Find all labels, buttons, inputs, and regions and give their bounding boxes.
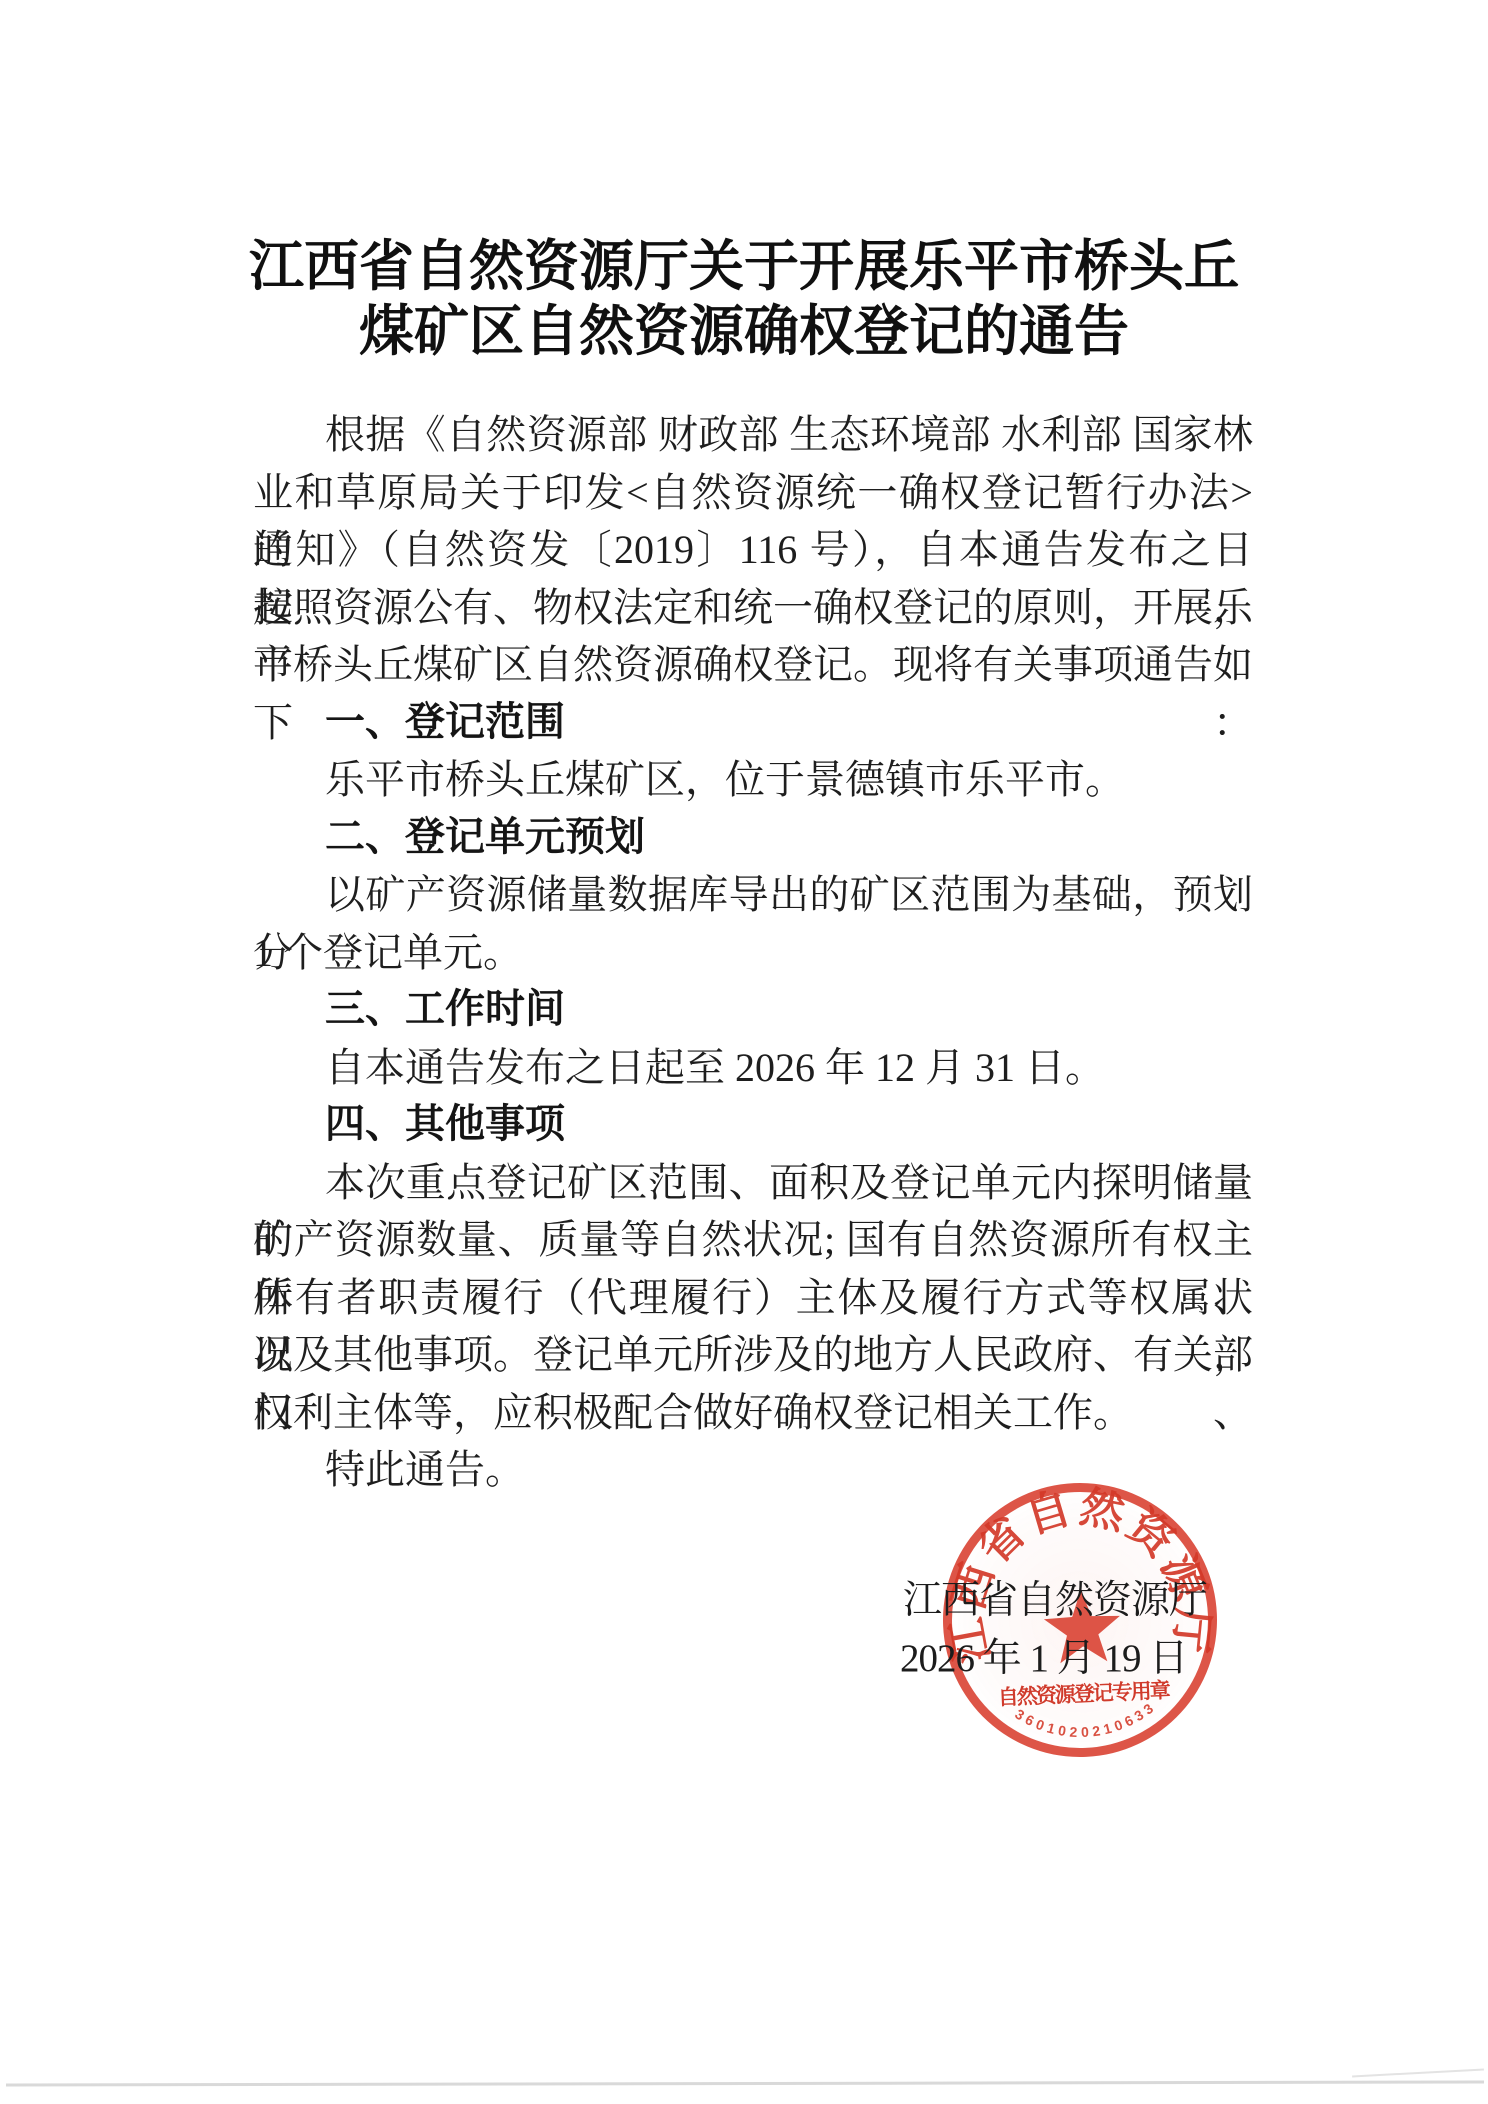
body-line: 业和草原局关于印发<自然资源统一确权登记暂行办法>的 bbox=[253, 464, 1253, 522]
scanned-document-page: 江西省自然资源厅关于开展乐平市桥头丘 煤矿区自然资源确权登记的通告 根据《自然资… bbox=[0, 0, 1488, 2104]
scan-artifact-line bbox=[1352, 2069, 1484, 2078]
body-line: 根据《自然资源部 财政部 生态环境部 水利部 国家林 bbox=[253, 406, 1253, 464]
document-body: 根据《自然资源部 财政部 生态环境部 水利部 国家林 业和草原局关于印发<自然资… bbox=[253, 406, 1253, 1499]
document-title-line-1: 江西省自然资源厅关于开展乐平市桥头丘 bbox=[244, 234, 1244, 299]
document-title-line-2: 煤矿区自然资源确权登记的通告 bbox=[244, 299, 1244, 364]
body-line: 按照资源公有、物权法定和统一确权登记的原则，开展乐平 bbox=[253, 579, 1253, 637]
body-line: 权利主体等，应积极配合做好确权登记相关工作。 bbox=[253, 1384, 1253, 1442]
body-line: 本次重点登记矿区范围、面积及登记单元内探明储量的 bbox=[253, 1154, 1253, 1212]
body-line: 市桥头丘煤矿区自然资源确权登记。现将有关事项通告如下： bbox=[253, 636, 1253, 694]
body-line: 1 个登记单元。 bbox=[253, 924, 1253, 982]
signature-org-text: 江西省自然资源厅 bbox=[903, 1579, 1207, 1623]
body-line: 自本通告发布之日起至 2026 年 12 月 31 日。 bbox=[253, 1039, 1253, 1097]
section-heading-3: 三、工作时间 bbox=[253, 981, 1253, 1039]
body-line: 以及其他事项。登记单元所涉及的地方人民政府、有关部门、 bbox=[253, 1326, 1253, 1384]
section-heading-2: 二、登记单元预划 bbox=[253, 809, 1253, 867]
body-line: 通知》（自然资发〔2019〕116 号），自本通告发布之日起， bbox=[253, 521, 1253, 579]
document-title: 江西省自然资源厅关于开展乐平市桥头丘 煤矿区自然资源确权登记的通告 bbox=[244, 234, 1244, 364]
body-line: 以矿产资源储量数据库导出的矿区范围为基础，预划分 bbox=[253, 866, 1253, 924]
body-line: 乐平市桥头丘煤矿区，位于景德镇市乐平市。 bbox=[253, 751, 1253, 809]
section-heading-4: 四、其他事项 bbox=[253, 1096, 1253, 1154]
scan-artifact-line bbox=[6, 2080, 1484, 2086]
signature-date-text: 2026 年 1 月 19 日 bbox=[900, 1637, 1187, 1681]
body-line: 矿产资源数量、质量等自然状况; 国有自然资源所有权主体、 bbox=[253, 1211, 1253, 1269]
body-line: 所有者职责履行（代理履行）主体及履行方式等权属状况， bbox=[253, 1269, 1253, 1327]
